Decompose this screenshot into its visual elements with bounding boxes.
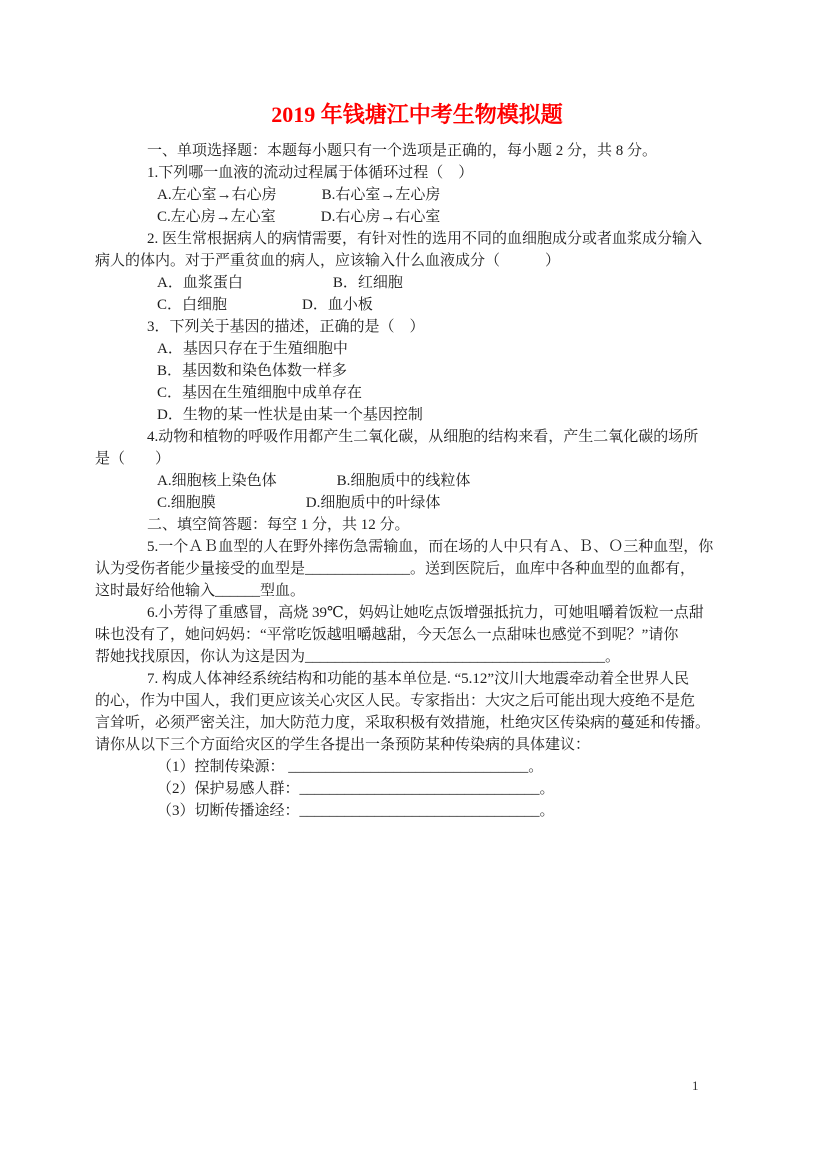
doc-line: A.细胞核上染色体 B.细胞质中的线粒体 — [95, 470, 739, 492]
doc-line: 帮她找找原因，你认为这是因为__________________________… — [95, 646, 739, 668]
doc-line: A．血浆蛋白 B．红细胞 — [95, 272, 739, 294]
doc-line: 是（ ） — [95, 448, 739, 470]
doc-line: 二、填空简答题：每空 1 分，共 12 分。 — [95, 514, 739, 536]
doc-line: （2）保护易感人群：______________________________… — [95, 778, 739, 800]
doc-line: C．白细胞 D．血小板 — [95, 294, 739, 316]
doc-line: 的心，作为中国人，我们更应该关心灾区人民。专家指出：大灾之后可能出现大疫绝不是危 — [95, 690, 739, 712]
doc-line: 请你从以下三个方面给灾区的学生各提出一条预防某种传染病的具体建议： — [95, 734, 739, 756]
doc-line: 2. 医生常根据病人的病情需要，有针对性的选用不同的血细胞成分或者血浆成分输入 — [95, 228, 739, 250]
exam-body: 一、单项选择题：本题每小题只有一个选项是正确的，每小题 2 分，共 8 分。1.… — [95, 140, 739, 822]
page-number: 1 — [692, 1078, 699, 1094]
doc-line: 3．下列关于基因的描述，正确的是（ ） — [95, 316, 739, 338]
doc-line: B．基因数和染色体数一样多 — [95, 360, 739, 382]
exam-title: 2019 年钱塘江中考生物模拟题 — [95, 100, 739, 130]
doc-line: 这时最好给他输入______型血。 — [95, 580, 739, 602]
doc-line: 味也没有了，她问妈妈：“平常吃饭越咀嚼越甜，今天怎么一点甜味也感觉不到呢？”请你 — [95, 624, 739, 646]
doc-line: 病人的体内。对于严重贫血的病人，应该输入什么血液成分（ ） — [95, 250, 739, 272]
exam-content: 2019 年钱塘江中考生物模拟题 一、单项选择题：本题每小题只有一个选项是正确的… — [95, 100, 739, 822]
doc-line: 言耸听，必须严密关注，加大防范力度，采取积极有效措施，杜绝灾区传染病的蔓延和传播… — [95, 712, 739, 734]
doc-line: 4.动物和植物的呼吸作用都产生二氧化碳，从细胞的结构来看，产生二氧化碳的场所 — [95, 426, 739, 448]
doc-line: （3）切断传播途经：______________________________… — [95, 800, 739, 822]
doc-line: C.左心房→左心室 D.右心房→右心室 — [95, 206, 739, 228]
doc-line: C．基因在生殖细胞中成单存在 — [95, 382, 739, 404]
doc-line: A.左心室→右心房 B.右心室→左心房 — [95, 184, 739, 206]
doc-line: 1.下列哪一血液的流动过程属于体循环过程（ ） — [95, 162, 739, 184]
doc-line: 6.小芳得了重感冒，高烧 39℃，妈妈让她吃点饭增强抵抗力，可她咀嚼着饭粒一点甜 — [95, 602, 739, 624]
doc-line: 一、单项选择题：本题每小题只有一个选项是正确的，每小题 2 分，共 8 分。 — [95, 140, 739, 162]
document-page: 2019 年钱塘江中考生物模拟题 一、单项选择题：本题每小题只有一个选项是正确的… — [0, 0, 827, 1169]
doc-line: 5.一个ＡＢ血型的人在野外摔伤急需输血，而在场的人中只有Ａ、Ｂ、Ｏ三种血型，你 — [95, 536, 739, 558]
doc-line: 7. 构成人体神经系统结构和功能的基本单位是. “5.12”汶川大地震牵动着全世… — [95, 668, 739, 690]
doc-line: C.细胞膜 D.细胞质中的叶绿体 — [95, 492, 739, 514]
doc-line: D．生物的某一性状是由某一个基因控制 — [95, 404, 739, 426]
doc-line: A．基因只存在于生殖细胞中 — [95, 338, 739, 360]
doc-line: 认为受伤者能少量接受的血型是______________。送到医院后，血库中各种… — [95, 558, 739, 580]
doc-line: （1）控制传染源： ______________________________… — [95, 756, 739, 778]
